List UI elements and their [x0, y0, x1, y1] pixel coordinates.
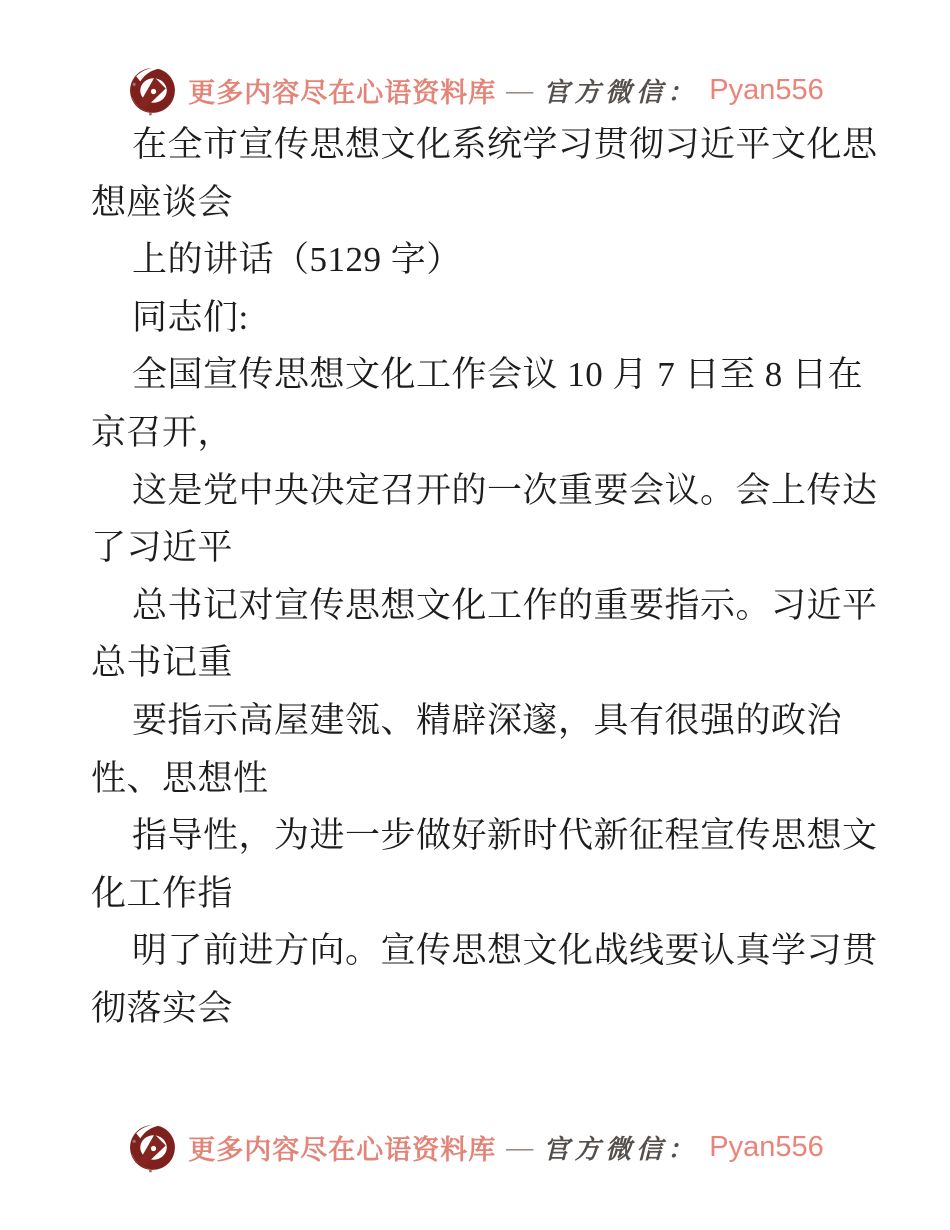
text-line: 想座谈会	[91, 174, 876, 232]
text-line: 要指示高屋建瓴、精辟深邃，具有很强的政治	[91, 692, 876, 750]
pen-logo-icon	[126, 64, 179, 117]
text-line: 彻落实会	[91, 980, 876, 1038]
text-line: 指导性，为进一步做好新时代新征程宣传思想文	[91, 807, 876, 865]
text-line: 上的讲话（5129 字）	[91, 231, 876, 289]
wechat-label: 官方微信：	[543, 1129, 698, 1166]
watermark-text: 更多内容尽在心语资料库	[188, 1128, 496, 1167]
text-line: 同志们:	[91, 289, 876, 347]
text-line: 在全市宣传思想文化系统学习贯彻习近平文化思	[91, 116, 876, 174]
pen-logo-icon	[126, 1121, 179, 1174]
wechat-id: Pyan556	[709, 1131, 824, 1164]
document-body: 在全市宣传思想文化系统学习贯彻习近平文化思想座谈会上的讲话（5129 字）同志们…	[91, 116, 876, 1038]
text-line: 明了前进方向。宣传思想文化战线要认真学习贯	[91, 922, 876, 980]
text-line: 了习近平	[91, 519, 876, 577]
watermark-dash: —	[506, 75, 533, 106]
text-line: 这是党中央决定召开的一次重要会议。会上传达	[91, 462, 876, 520]
document-page: 更多内容尽在心语资料库—官方微信：Pyan556 在全市宣传思想文化系统学习贯彻…	[0, 0, 950, 1230]
text-line: 全国宣传思想文化工作会议 10 月 7 日至 8 日在	[91, 346, 876, 404]
footer-watermark: 更多内容尽在心语资料库—官方微信：Pyan556	[0, 1119, 950, 1175]
header-watermark: 更多内容尽在心语资料库—官方微信：Pyan556	[0, 62, 950, 118]
text-line: 化工作指	[91, 865, 876, 923]
wechat-id: Pyan556	[709, 74, 824, 107]
watermark-dash: —	[506, 1132, 533, 1163]
text-line: 总书记对宣传思想文化工作的重要指示。习近平	[91, 577, 876, 635]
text-line: 性、思想性	[91, 750, 876, 808]
wechat-label: 官方微信：	[543, 72, 698, 109]
watermark-text: 更多内容尽在心语资料库	[188, 71, 496, 110]
text-line: 京召开，	[91, 404, 876, 462]
text-line: 总书记重	[91, 634, 876, 692]
